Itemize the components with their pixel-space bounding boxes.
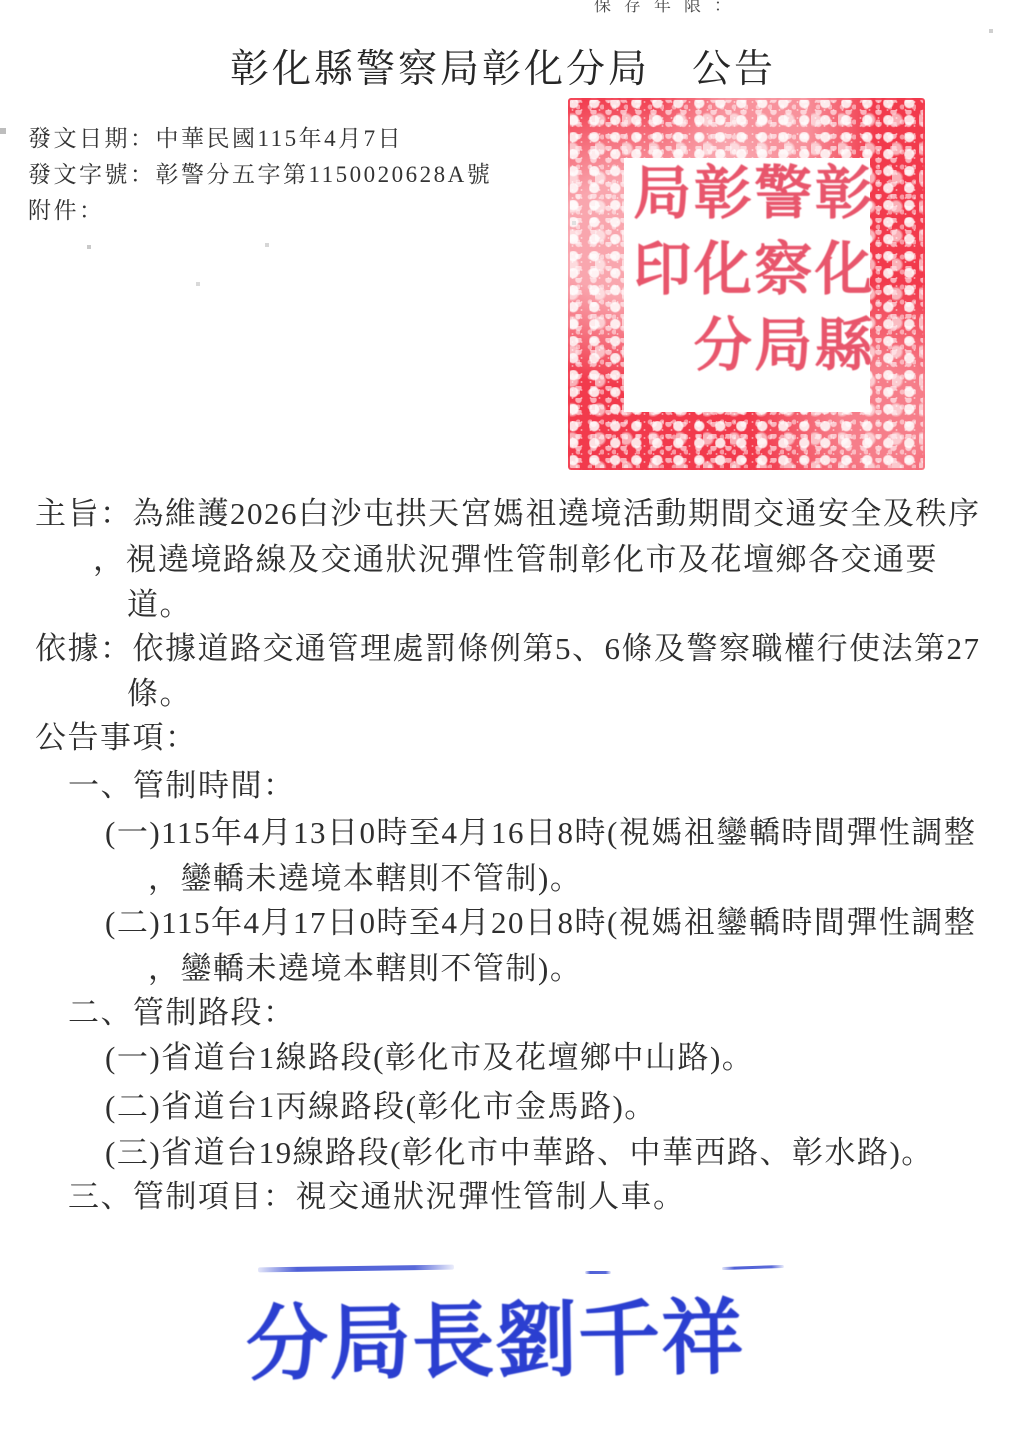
signature-ink-streak (722, 1265, 784, 1270)
announcement-document: 保存年限： 彰化縣警察局彰化分局 公告 發文日期：中華民國115年4月7日 發文… (0, 0, 1024, 1440)
control-section-3: (三)省道台19線路段(彰化市中華路、中華西路、彰水路)。 (105, 1127, 934, 1172)
subject-line-3: 道。 (127, 579, 192, 624)
seal-column-4: 局印 (626, 162, 686, 314)
seal-column-3: 彰化分 (687, 162, 747, 390)
control-section-1: (一)省道台1線路段(彰化市及花壇鄉中山路)。 (105, 1032, 754, 1077)
document-title: 彰化縣警察局彰化分局 公告 (230, 38, 776, 94)
seal-inner-face: 彰化縣 警察局 彰化分 局印 (624, 158, 870, 412)
subject-line-1: 主旨：為維護2026白沙屯拱天宮媽祖遶境活動期間交通安全及秩序 (35, 488, 981, 533)
archive-period-label: 保存年限： (594, 0, 744, 16)
control-section-2: (二)省道台1丙線路段(彰化市金馬路)。 (105, 1081, 657, 1126)
seal-column-2: 警察局 (747, 162, 807, 390)
item-1-control-time-heading: 一、管制時間： (68, 760, 296, 805)
item-2-control-sections-heading: 二、管制路段： (68, 987, 296, 1032)
chief-signature-stamp: 分局長劉千祥 (245, 1273, 745, 1397)
control-time-period-1-line-2: ，鑾轎未遶境本轄則不管制)。 (148, 853, 582, 898)
signature-ink-streak (258, 1265, 454, 1273)
item-3-control-scope: 三、管制項目：視交通狀況彈性管制人車。 (68, 1171, 686, 1216)
subject-line-2: ，視遶境路線及交通狀況彈性管制彰化市及花壇鄉各交通要 (93, 534, 938, 579)
control-time-period-2-line-1: (二)115年4月17日0時至4月20日8時(視媽祖鑾轎時間彈性調整 (105, 897, 976, 942)
legal-basis-line-1: 依據：依據道路交通管理處罰條例第5、6條及警察職權行使法第27 (35, 623, 981, 668)
seal-column-1: 彰化縣 (808, 162, 868, 390)
attachment-line: 附件： (28, 192, 105, 225)
doc-number-line: 發文字號：彰警分五字第1150020628A號 (28, 156, 492, 189)
issue-date-line: 發文日期：中華民國115年4月7日 (28, 120, 403, 153)
control-time-period-1-line-1: (一)115年4月13日0時至4月16日8時(視媽祖鑾轎時間彈性調整 (105, 807, 976, 852)
scan-noise-specks (0, 0, 2, 2)
legal-basis-line-2: 條。 (127, 668, 192, 713)
control-time-period-2-line-2: ，鑾轎未遶境本轄則不管制)。 (148, 943, 582, 988)
agency-red-seal: 彰化縣 警察局 彰化分 局印 (568, 98, 925, 470)
announcement-items-heading: 公告事項： (35, 712, 198, 757)
